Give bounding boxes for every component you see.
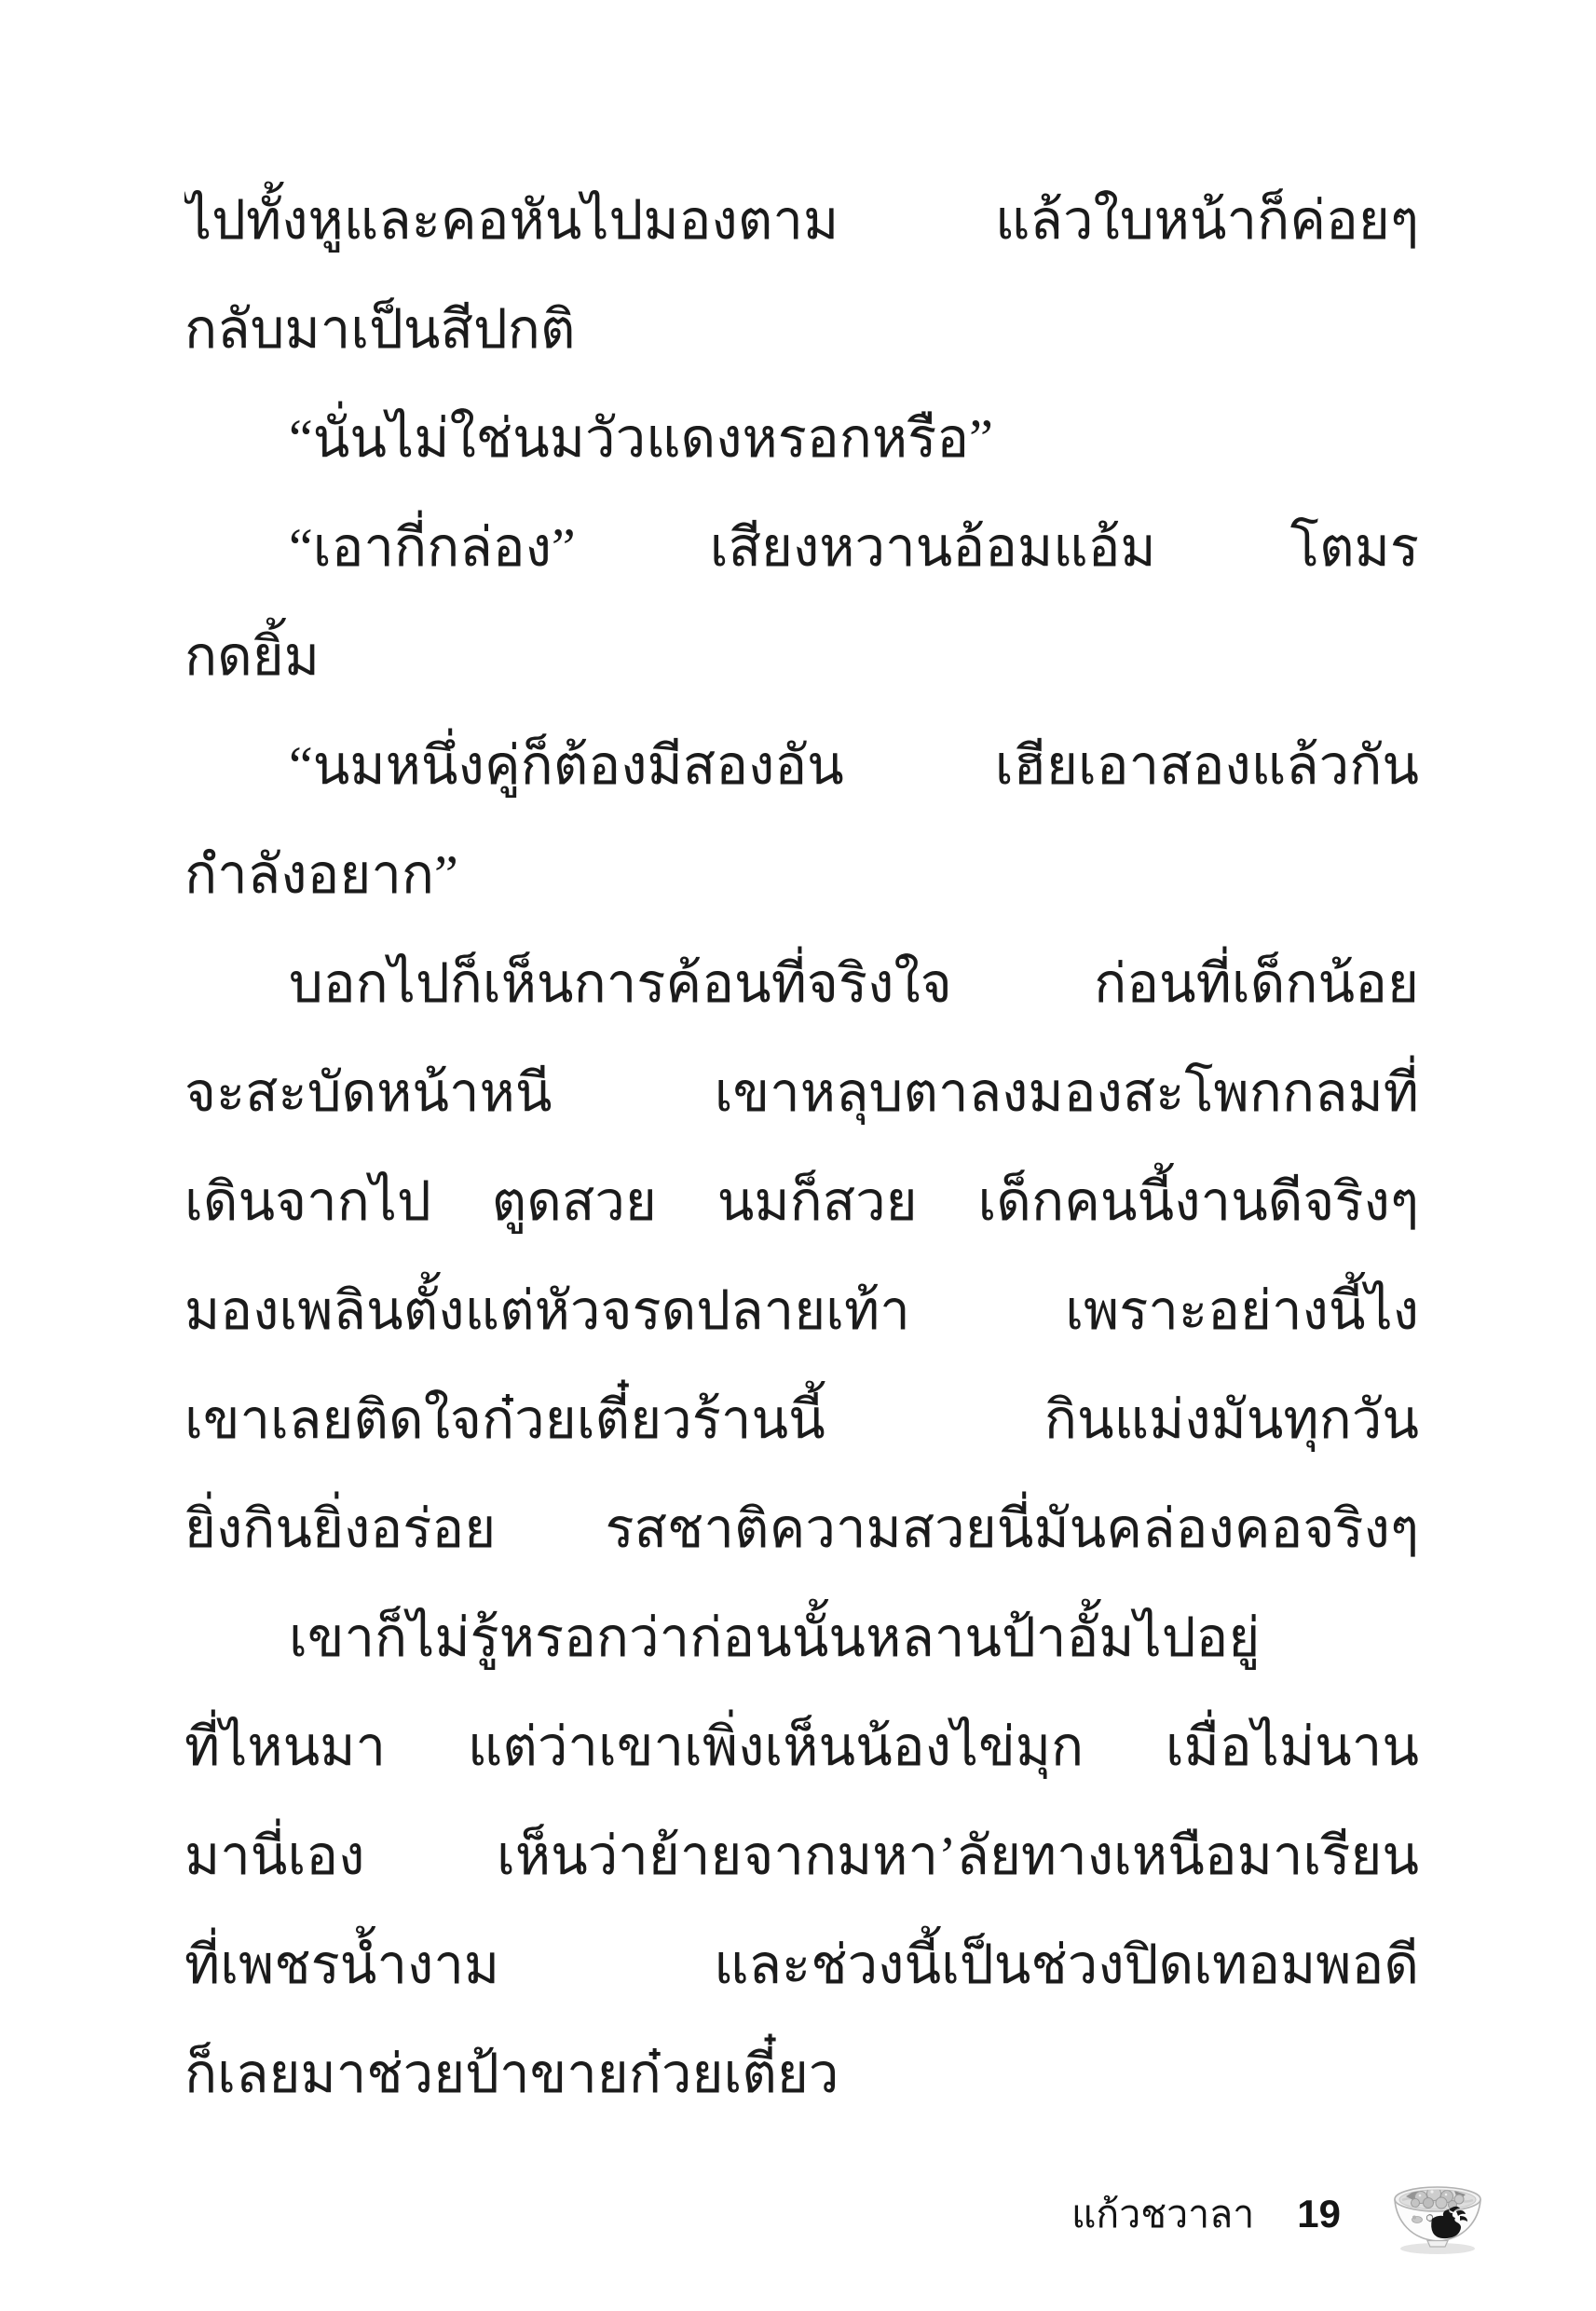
text-line: มานี่เอง เห็นว่าย้ายจากมหา’ลัยทางเหนือมา… — [184, 1801, 1419, 1910]
text-line: ยิ่งกินยิ่งอร่อย รสชาติความสวยนี่มันคล่อ… — [184, 1474, 1419, 1583]
text-line: เขาเลยติดใจก๋วยเตี๋ยวร้านนี้ กินแม่งมันท… — [184, 1365, 1419, 1474]
text-line: ที่เพชรน้ำงาม และช่วงนี้เป็นช่วงปิดเทอมพ… — [184, 1910, 1419, 2019]
text-line: กำลังอยาก” — [184, 820, 1419, 929]
noodle-bowl-icon — [1389, 2172, 1486, 2256]
book-page: ไปทั้งหูและคอหันไปมองตาม แล้วใบหน้าก็ค่อ… — [0, 0, 1596, 2311]
page-number: 19 — [1297, 2171, 1341, 2257]
book-title: แก้วชวาลา — [1071, 2171, 1254, 2257]
footer: แก้วชวาลา 19 — [1071, 2171, 1486, 2257]
text-line: กดยิ้ม — [184, 602, 1419, 711]
text-line: กลับมาเป็นสีปกติ — [184, 275, 1419, 384]
text-line: “เอากี่กล่อง” เสียงหวานอ้อมแอ้ม โตมร — [184, 493, 1419, 602]
text-line: เดินจากไป ตูดสวย นมก็สวย เด็กคนนี้งานดีจ… — [184, 1147, 1419, 1256]
text-line: ที่ไหนมา แต่ว่าเขาเพิ่งเห็นน้องไข่มุก เม… — [184, 1692, 1419, 1801]
text-line: เขาก็ไม่รู้หรอกว่าก่อนนั้นหลานป้าอั้มไปอ… — [184, 1583, 1419, 1692]
text-line: “นั่นไม่ใช่นมวัวแดงหรอกหรือ” — [184, 384, 1419, 493]
text-line: ไปทั้งหูและคอหันไปมองตาม แล้วใบหน้าก็ค่อ… — [184, 166, 1419, 275]
text-line: จะสะบัดหน้าหนี เขาหลุบตาลงมองสะโพกกลมที่ — [184, 1038, 1419, 1147]
body-text: ไปทั้งหูและคอหันไปมองตาม แล้วใบหน้าก็ค่อ… — [184, 166, 1419, 2128]
text-line: มองเพลินตั้งแต่หัวจรดปลายเท้า เพราะอย่าง… — [184, 1256, 1419, 1365]
text-line: ก็เลยมาช่วยป้าขายก๋วยเตี๋ยว — [184, 2019, 1419, 2128]
text-line: บอกไปก็เห็นการค้อนที่จริงใจ ก่อนที่เด็กน… — [184, 929, 1419, 1038]
text-line: “นมหนึ่งคู่ก็ต้องมีสองอัน เฮียเอาสองแล้ว… — [184, 711, 1419, 820]
